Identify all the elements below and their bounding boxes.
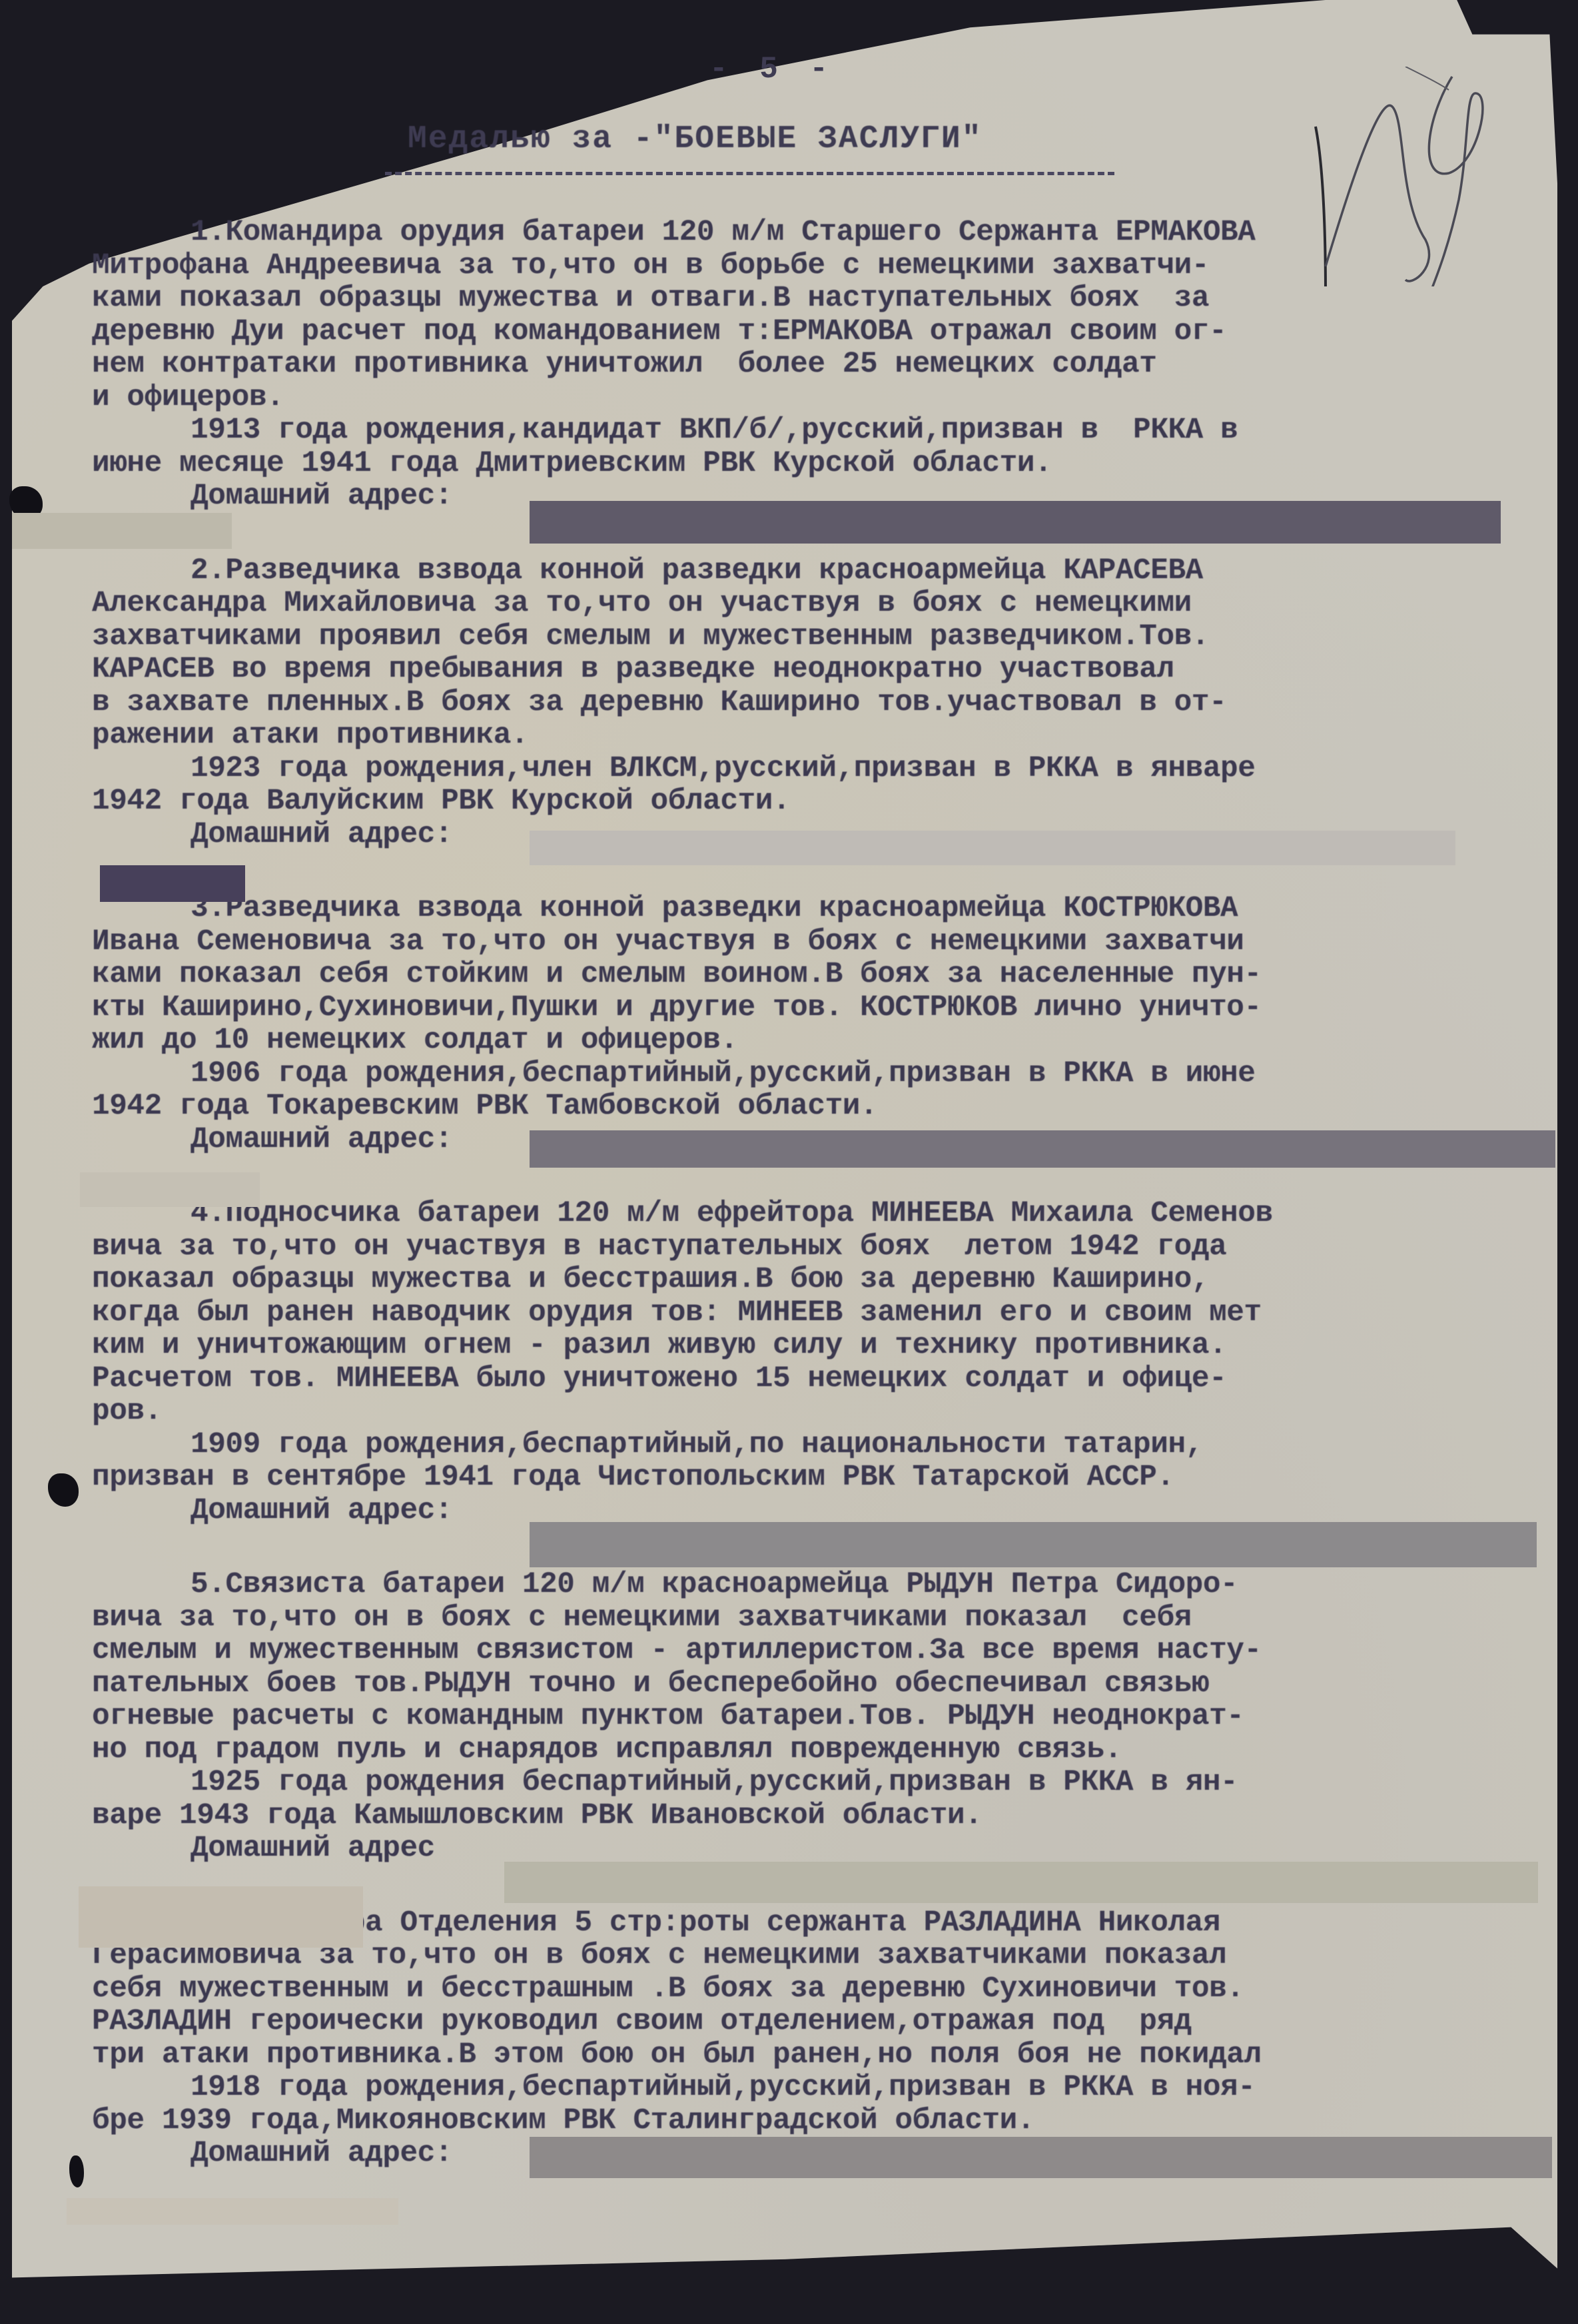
citation-line: 3.Разведчика взвода конной разведки крас… <box>92 893 1551 926</box>
biography-line: 1942 года Валуйским РВК Курской области. <box>92 785 1551 819</box>
title-underline <box>385 172 1114 175</box>
citation-line: показал образцы мужества и бесстрашия.В … <box>92 1264 1551 1297</box>
citation-line: ками показал себя стойким и смелым воино… <box>92 959 1551 992</box>
redacted-address <box>530 2137 1552 2178</box>
citation-line: ким и уничтожающим огнем - разил живую с… <box>92 1330 1551 1363</box>
citation-line: пательных боев тов.РЫДУН точно и беспере… <box>92 1668 1551 1701</box>
citation-line: Ивана Семеновича за то,что он участвуя в… <box>92 926 1551 959</box>
citation-line: Расчетом тов. МИНЕЕВА было уничтожено 15… <box>92 1363 1551 1396</box>
redacted-block <box>80 1172 260 1207</box>
citation-line: ров. <box>92 1395 1551 1429</box>
award-entry-2: 2.Разведчика взвода конной разведки крас… <box>92 555 1551 852</box>
citation-line: три атаки противника.В этом бою он был р… <box>92 2039 1551 2072</box>
home-address-label: Домашний адрес <box>92 1832 1551 1866</box>
citation-line: 4.Подносчика батареи 120 м/м ефрейтора М… <box>92 1198 1551 1231</box>
redacted-address <box>530 501 1501 544</box>
citation-line: КАРАСЕВ во время пребывания в разведке н… <box>92 653 1551 687</box>
biography-line: 1913 года рождения,кандидат ВКП/б/,русск… <box>92 414 1551 448</box>
redacted-address <box>530 1522 1537 1567</box>
citation-line: деревню Дуи расчет под командованием т:Е… <box>92 316 1551 349</box>
citation-line: когда был ранен наводчик орудия тов: МИН… <box>92 1297 1551 1330</box>
citation-line: кты Каширино,Сухиновичи,Пушки и другие т… <box>92 992 1551 1025</box>
citation-line: смелым и мужественным связистом - артилл… <box>92 1635 1551 1668</box>
citation-line: РАЗЛАДИН героически руководил своим отде… <box>92 2006 1551 2039</box>
biography-line: июне месяце 1941 года Дмитриевским РВК К… <box>92 448 1551 481</box>
redacted-block <box>67 2198 398 2225</box>
biography-line: 1925 года рождения беспартийный,русский,… <box>92 1766 1551 1800</box>
citation-line: себя мужественным и бесстрашным .В боях … <box>92 1973 1551 2006</box>
award-entry-3: 3.Разведчика взвода конной разведки крас… <box>92 893 1551 1156</box>
citation-line: в захвате пленных.В боях за деревню Каши… <box>92 687 1551 720</box>
biography-line: варе 1943 года Камышловским РВК Ивановск… <box>92 1800 1551 1833</box>
award-entry-1: 1.Командира орудия батареи 120 м/м Старш… <box>92 216 1551 514</box>
citation-line: нем контратаки противника уничтожил боле… <box>92 348 1551 382</box>
citation-line: вича за то,что он участвуя в наступатель… <box>92 1231 1551 1264</box>
citation-line: Митрофана Андреевича за то,что он в борь… <box>92 250 1551 283</box>
biography-line: 1923 года рождения,член ВЛКСМ,русский,пр… <box>92 753 1551 786</box>
biography-line: 1906 года рождения,беспартийный,русский,… <box>92 1058 1551 1091</box>
citation-line: ражении атаки противника. <box>92 719 1551 753</box>
redacted-address <box>504 1862 1538 1903</box>
biography-line: бре 1939 года,Микояновским РВК Сталингра… <box>92 2105 1551 2138</box>
page-number: - 5 - <box>709 52 835 87</box>
citation-line: и офицеров. <box>92 382 1551 415</box>
citation-line: захватчиками проявил себя смелым и мужес… <box>92 621 1551 654</box>
citation-line: но под градом пуль и снарядов исправлял … <box>92 1734 1551 1767</box>
document-title: Медалью за -"БОЕВЫЕ ЗАСЛУГИ" <box>408 121 983 157</box>
biography-line: 1909 года рождения,беспартийный,по нацио… <box>92 1429 1551 1462</box>
redacted-address <box>530 1130 1555 1168</box>
citation-line: 1.Командира орудия батареи 120 м/м Старш… <box>92 216 1551 250</box>
award-entry-5: 5.Связиста батареи 120 м/м красноармейца… <box>92 1569 1551 1866</box>
redacted-block <box>12 513 232 549</box>
citation-line: жил до 10 немецких солдат и офицеров. <box>92 1024 1551 1058</box>
citation-line: огневые расчеты с командным пунктом бата… <box>92 1701 1551 1734</box>
citation-line: Александра Михайловича за то,что он учас… <box>92 587 1551 621</box>
biography-line: 1918 года рождения,беспартийный,русский,… <box>92 2072 1551 2105</box>
redacted-block <box>100 865 245 902</box>
biography-line: призван в сентябре 1941 года Чистопольск… <box>92 1461 1551 1495</box>
citation-line: 2.Разведчика взвода конной разведки крас… <box>92 555 1551 588</box>
punch-hole <box>69 2155 84 2187</box>
biography-line: 1942 года Токаревским РВК Тамбовской обл… <box>92 1090 1551 1124</box>
redacted-address <box>530 831 1455 865</box>
redacted-block <box>79 1886 363 1948</box>
citation-line: 5.Связиста батареи 120 м/м красноармейца… <box>92 1569 1551 1602</box>
citation-line: вича за то,что он в боях с немецкими зах… <box>92 1602 1551 1635</box>
citation-line: ками показал образцы мужества и отваги.В… <box>92 282 1551 316</box>
award-entry-4: 4.Подносчика батареи 120 м/м ефрейтора М… <box>92 1198 1551 1527</box>
